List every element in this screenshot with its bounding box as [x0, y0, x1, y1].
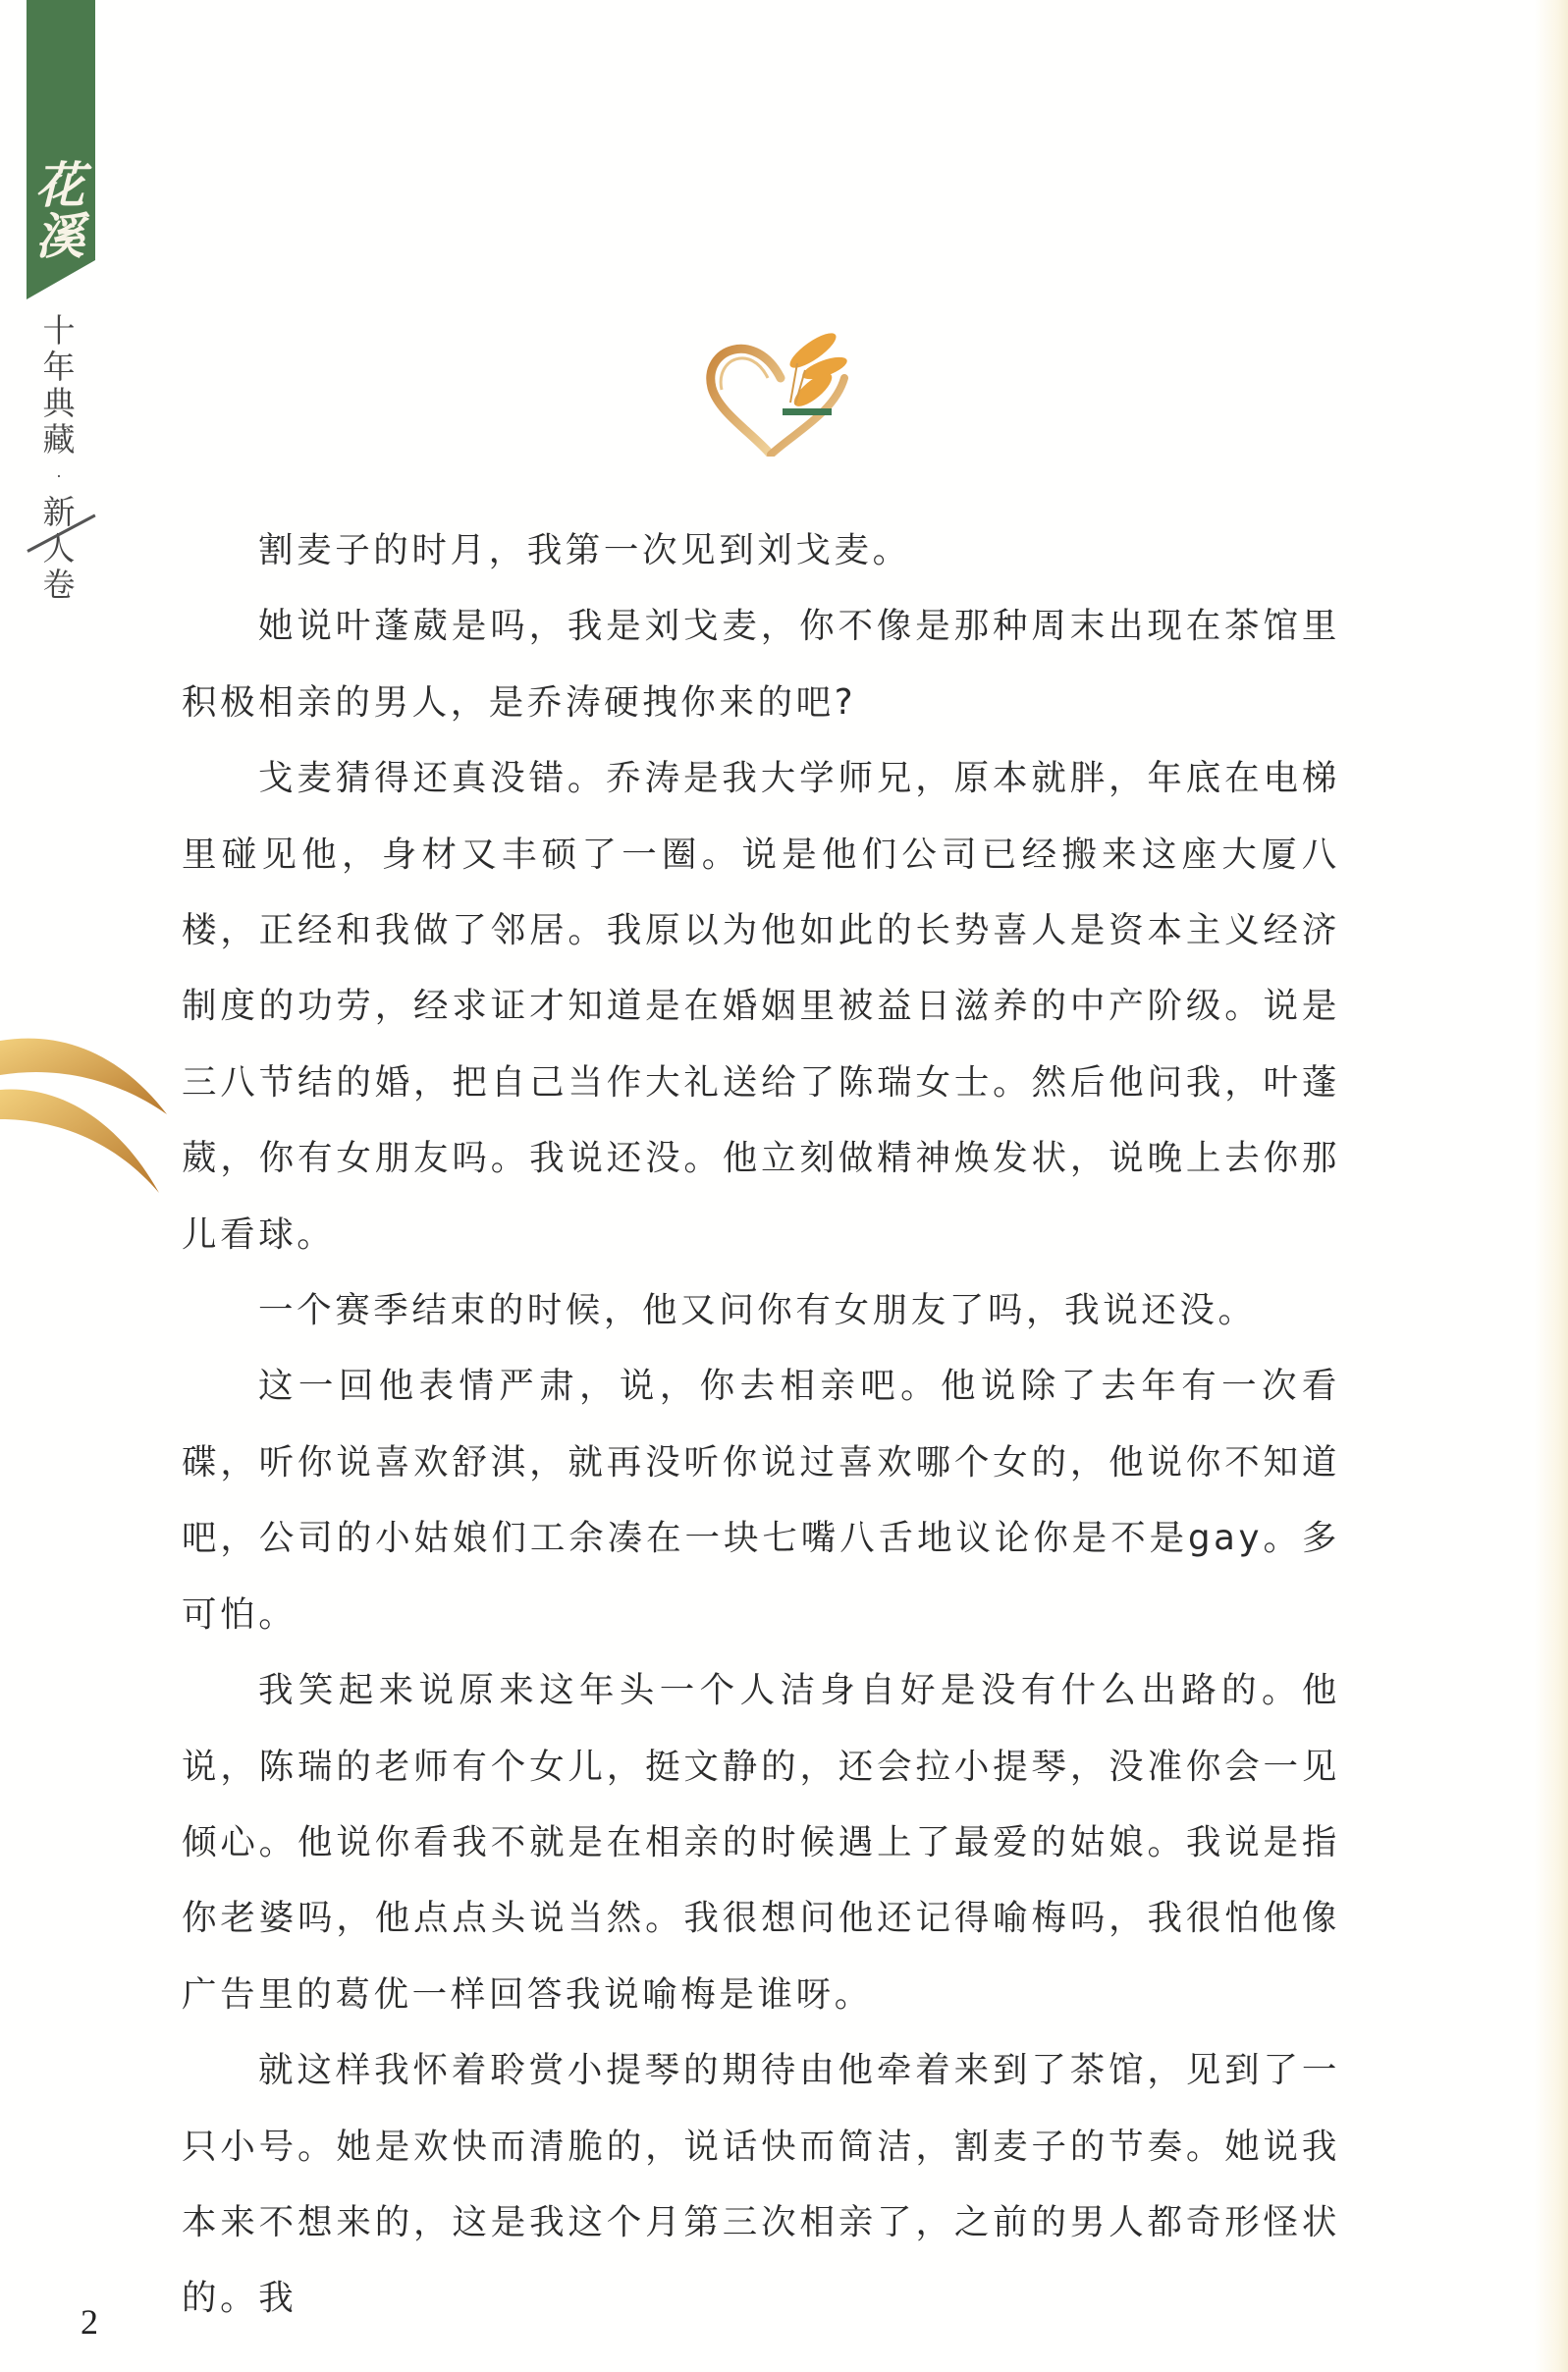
paragraph: 一个赛季结束的时候，他又问你有女朋友了吗，我说还没。: [182, 1272, 1340, 1348]
wheat-ears-decoration: [0, 1021, 177, 1217]
subtitle-char: 年: [39, 349, 79, 385]
paragraph: 戈麦猜得还真没错。乔涛是我大学师兄，原本就胖，年底在电梯里碰见他，身材又丰硕了一…: [182, 740, 1340, 1272]
story-text: 割麦子的时月，我第一次见到刘戈麦。 她说叶蓬葳是吗，我是刘戈麦，你不像是那种周末…: [182, 512, 1340, 2337]
series-title: 花溪: [29, 160, 90, 262]
paragraph: 就这样我怀着聆赏小提琴的期待由他牵着来到了茶馆，见到了一只小号。她是欢快而清脆的…: [182, 2032, 1340, 2337]
subtitle-char: 藏: [39, 421, 79, 458]
subtitle-char: 十: [39, 312, 79, 349]
subtitle-char: ·: [39, 458, 79, 494]
subtitle-char: 卷: [39, 566, 79, 603]
page-edge-shadow: [1535, 0, 1568, 2372]
subtitle-char: 典: [39, 385, 79, 421]
paragraph: 我笑起来说原来这年头一个人洁身自好是没有什么出路的。他说，陈瑞的老师有个女儿，挺…: [182, 1652, 1340, 2032]
volume-subtitle: 十 年 典 藏 · 新 人 卷: [39, 312, 79, 603]
paragraph: 这一回他表情严肃，说，你去相亲吧。他说除了去年有一次看碟，听你说喜欢舒淇，就再没…: [182, 1348, 1340, 1652]
paragraph: 割麦子的时月，我第一次见到刘戈麦。: [182, 512, 1340, 588]
paragraph: 她说叶蓬葳是吗，我是刘戈麦，你不像是那种周末出现在茶馆里积极相亲的男人，是乔涛硬…: [182, 588, 1340, 740]
wheat-heart-icon: [687, 309, 854, 457]
page-number: 2: [81, 2301, 98, 2343]
